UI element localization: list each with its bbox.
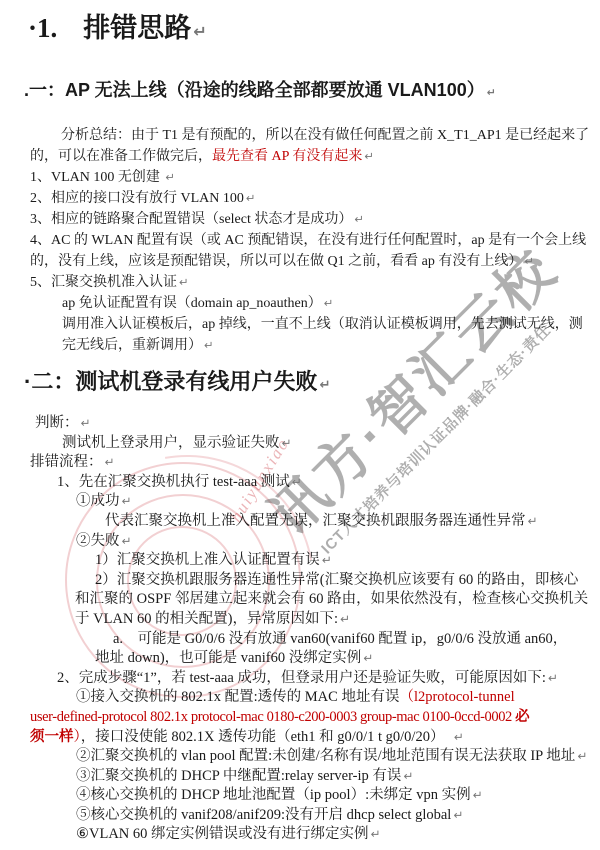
- text-segment: ②汇聚交换机的 vlan pool 配置:未创建/名称有误/地址范围有误无法获取…: [76, 748, 575, 764]
- text-line: ⑤核心交换机的 vanif208/anif209:没有开启 dhcp selec…: [0, 806, 600, 826]
- paragraph-mark: ↵: [363, 651, 373, 665]
- paragraph-mark: ↵: [193, 22, 207, 41]
- paragraph-mark: ↵: [371, 827, 381, 841]
- text-segment: ①成功: [76, 493, 120, 509]
- section-body-ap-offline: 分析总结：由于 T1 是有预配的，所以在没有做任何配置之前 X_T1_AP1 是…: [0, 125, 600, 356]
- text-line: 须一样），接口没使能 802.1X 透传功能（eth1 和 g0/0/1 t g…: [0, 728, 600, 748]
- text-segment: 测试机上登录用户，显示验证失败: [62, 435, 280, 451]
- paragraph-mark: ↵: [473, 788, 483, 802]
- paragraph-mark: ↵: [354, 212, 364, 226]
- section-heading-text: ·二：测试机登录有线用户失败: [24, 369, 317, 394]
- text-segment: 3、相应的链路聚合配置错误（select 状态才是成功）: [30, 212, 352, 227]
- text-segment: 调用准入认证模板后，ap 掉线，一直不上线（取消认证模板调用，先去测试无线，测: [62, 317, 583, 332]
- section-heading-text: .一：AP 无法上线（沿途的线路全部都要放通 VLAN100）: [24, 80, 485, 100]
- text-segment: ⑥VLAN 60 绑定实例错误或没有进行绑定实例: [76, 826, 369, 842]
- text-line: ①接入交换机的 802.1x 配置:透传的 MAC 地址有误（l2protoco…: [0, 688, 600, 708]
- paragraph-mark: ↵: [122, 494, 132, 508]
- text-line: 代表汇聚交换机上准入配置无误，汇聚交换机跟服务器连通性异常↵: [0, 512, 600, 532]
- text-segment: ①接入交换机的 802.1x 配置:透传的 MAC 地址有误: [76, 689, 399, 705]
- text-line: ⑥VLAN 60 绑定实例错误或没有进行绑定实例↵: [0, 825, 600, 845]
- page-title: ·1.排错思路↵: [28, 12, 600, 44]
- paragraph-mark: ↵: [204, 338, 214, 352]
- text-segment: 必: [515, 709, 529, 725]
- paragraph-mark: ↵: [524, 254, 534, 268]
- text-segment: 2、相应的接口没有放行 VLAN 100: [30, 191, 244, 206]
- paragraph-mark: ↵: [454, 730, 464, 744]
- paragraph-mark: ↵: [528, 514, 538, 528]
- section-heading-ap-offline: .一：AP 无法上线（沿途的线路全部都要放通 VLAN100）↵: [24, 78, 600, 102]
- text-segment: ②失败: [76, 533, 120, 549]
- text-line: 4、AC 的 WLAN 配置有误（或 AC 预配错误，在没有进行任何配置时，ap…: [0, 230, 600, 251]
- title-text: 排错思路: [83, 13, 191, 43]
- paragraph-mark: ↵: [548, 671, 558, 685]
- paragraph-mark: ↵: [179, 275, 189, 289]
- paragraph-mark: ↵: [364, 149, 374, 163]
- text-segment: 的，没有上线，应该是预配错误，所以可以在做 Q1 之前，看看 ap 有没有上线）: [30, 254, 522, 269]
- text-segment: 1、VLAN 100 无创建: [30, 170, 163, 185]
- paragraph-mark: ↵: [577, 749, 587, 763]
- text-segment: 2）汇聚交换机跟服务器连通性异常(汇聚交换机应该要有 60 的路由，即核心: [95, 572, 578, 588]
- text-segment: 分析总结：由于 T1 是有预配的，所以在没有做任何配置之前 X_T1_AP1 是…: [61, 128, 589, 143]
- text-segment: ap 免认证配置有误（domain ap_noauthen）: [62, 296, 322, 311]
- text-segment: ④核心交换机的 DHCP 地址池配置（ip pool）:未绑定 vpn 实例: [76, 787, 471, 803]
- section-heading-login-failure: ·二：测试机登录有线用户失败↵: [24, 368, 600, 396]
- paragraph-mark: ↵: [105, 455, 115, 469]
- text-line: 5、汇聚交换机准入认证↵: [0, 272, 600, 293]
- text-segment: 2、完成步骤“1”，若 test-aaa 成功，但登录用户还是验证失败，可能原因…: [57, 670, 546, 686]
- text-line: ④核心交换机的 DHCP 地址池配置（ip pool）:未绑定 vpn 实例↵: [0, 786, 600, 806]
- paragraph-mark: ↵: [453, 808, 463, 822]
- text-segment: ③汇聚交换机的 DHCP 中继配置:relay server-ip 有误: [76, 768, 401, 784]
- paragraph-mark: ↵: [292, 475, 302, 489]
- text-line: 2）汇聚交换机跟服务器连通性异常(汇聚交换机应该要有 60 的路由，即核心: [0, 571, 600, 591]
- text-segment: 排错流程：: [30, 454, 103, 470]
- text-line: a. 可能是 G0/0/6 没有放通 van60(vanif60 配置 ip，g…: [0, 630, 600, 650]
- text-segment: a. 可能是 G0/0/6 没有放通 van60(vanif60 配置 ip，g…: [113, 631, 567, 647]
- text-segment: 1、先在汇聚交换机执行 test-aaa 测试: [57, 474, 290, 490]
- text-segment: 1）汇聚交换机上准入认证配置有误: [95, 552, 320, 568]
- text-segment: 5、汇聚交换机准入认证: [30, 275, 177, 290]
- text-segment: ，接口没使能 802.1X 透传功能（eth1 和 g0/0/1 t g0/0/…: [81, 729, 452, 745]
- text-line: 判断：↵: [0, 414, 600, 434]
- text-line: 1）汇聚交换机上准入认证配置有误↵: [0, 551, 600, 571]
- paragraph-mark: ↵: [340, 612, 350, 626]
- text-line: 排错流程：↵: [0, 453, 600, 473]
- text-segment: 判断：: [35, 415, 79, 431]
- text-segment: user-defined-protocol 802.1x protocol-ma…: [30, 709, 515, 725]
- text-line: user-defined-protocol 802.1x protocol-ma…: [0, 708, 600, 728]
- text-line: 于 VLAN 60 的相关配置)，异常原因如下:↵: [0, 610, 600, 630]
- text-line: 地址 down)，也可能是 vanif60 没绑定实例↵: [0, 649, 600, 669]
- text-segment: 完无线后，重新调用）: [62, 338, 202, 353]
- paragraph-mark: ↵: [122, 534, 132, 548]
- text-segment: ）: [74, 729, 81, 745]
- paragraph-mark: ↵: [487, 86, 496, 99]
- paragraph-mark: ↵: [81, 416, 91, 430]
- text-line: 1、VLAN 100 无创建 ↵: [0, 167, 600, 188]
- text-line: ②失败↵: [0, 532, 600, 552]
- paragraph-mark: ↵: [403, 769, 413, 783]
- text-segment: 最先查看 AP 有没有起来: [212, 149, 362, 164]
- text-segment: 代表汇聚交换机上准入配置无误，汇聚交换机跟服务器连通性异常: [105, 513, 526, 529]
- paragraph-mark: ↵: [319, 378, 330, 393]
- text-segment: （l2protocol-tunnel: [399, 689, 514, 705]
- document-page: huiyunxiao 讯方·智汇云校 ICT人才培养与培训认证品牌·融合·生态·…: [0, 0, 600, 850]
- paragraph-mark: ↵: [282, 436, 292, 450]
- text-line: 调用准入认证模板后，ap 掉线，一直不上线（取消认证模板调用，先去测试无线，测: [0, 314, 600, 335]
- text-segment: 于 VLAN 60 的相关配置)，异常原因如下:: [75, 611, 338, 627]
- text-line: ②汇聚交换机的 vlan pool 配置:未创建/名称有误/地址范围有误无法获取…: [0, 747, 600, 767]
- text-line: 完无线后，重新调用）↵: [0, 335, 600, 356]
- text-segment: ⑤核心交换机的 vanif208/anif209:没有开启 dhcp selec…: [76, 807, 451, 823]
- text-line: 1、先在汇聚交换机执行 test-aaa 测试↵: [0, 473, 600, 493]
- text-line: ①成功↵: [0, 492, 600, 512]
- title-number: ·1.: [28, 13, 57, 43]
- text-line: 和汇聚的 OSPF 邻居建立起来就会有 60 路由，如果依然没有，检查核心交换机…: [0, 590, 600, 610]
- text-segment: 4、AC 的 WLAN 配置有误（或 AC 预配错误，在没有进行任何配置时，ap…: [30, 233, 586, 248]
- text-line: 测试机上登录用户，显示验证失败↵: [0, 434, 600, 454]
- paragraph-mark: ↵: [322, 553, 332, 567]
- text-line: 3、相应的链路聚合配置错误（select 状态才是成功）↵: [0, 209, 600, 230]
- text-segment: 的，可以在准备工作做完后，: [30, 149, 212, 164]
- text-segment: 和汇聚的 OSPF 邻居建立起来就会有 60 路由，如果依然没有，检查核心交换机…: [75, 591, 588, 607]
- paragraph-mark: ↵: [246, 191, 256, 205]
- text-line: 的，可以在准备工作做完后，最先查看 AP 有没有起来↵: [0, 146, 600, 167]
- text-line: ap 免认证配置有误（domain ap_noauthen）↵: [0, 293, 600, 314]
- paragraph-mark: ↵: [324, 296, 334, 310]
- paragraph-mark: ↵: [165, 170, 175, 184]
- document-content: ·1.排错思路↵ .一：AP 无法上线（沿途的线路全部都要放通 VLAN100）…: [0, 12, 600, 845]
- text-segment: 须一样: [30, 729, 74, 745]
- text-line: 分析总结：由于 T1 是有预配的，所以在没有做任何配置之前 X_T1_AP1 是…: [0, 125, 600, 146]
- text-line: ③汇聚交换机的 DHCP 中继配置:relay server-ip 有误↵: [0, 767, 600, 787]
- text-line: 2、相应的接口没有放行 VLAN 100↵: [0, 188, 600, 209]
- text-line: 的，没有上线，应该是预配错误，所以可以在做 Q1 之前，看看 ap 有没有上线）…: [0, 251, 600, 272]
- text-segment: 地址 down)，也可能是 vanif60 没绑定实例: [95, 650, 361, 666]
- text-line: 2、完成步骤“1”，若 test-aaa 成功，但登录用户还是验证失败，可能原因…: [0, 669, 600, 689]
- section-body-login-failure: 判断：↵测试机上登录用户，显示验证失败↵排错流程：↵1、先在汇聚交换机执行 te…: [0, 414, 600, 845]
